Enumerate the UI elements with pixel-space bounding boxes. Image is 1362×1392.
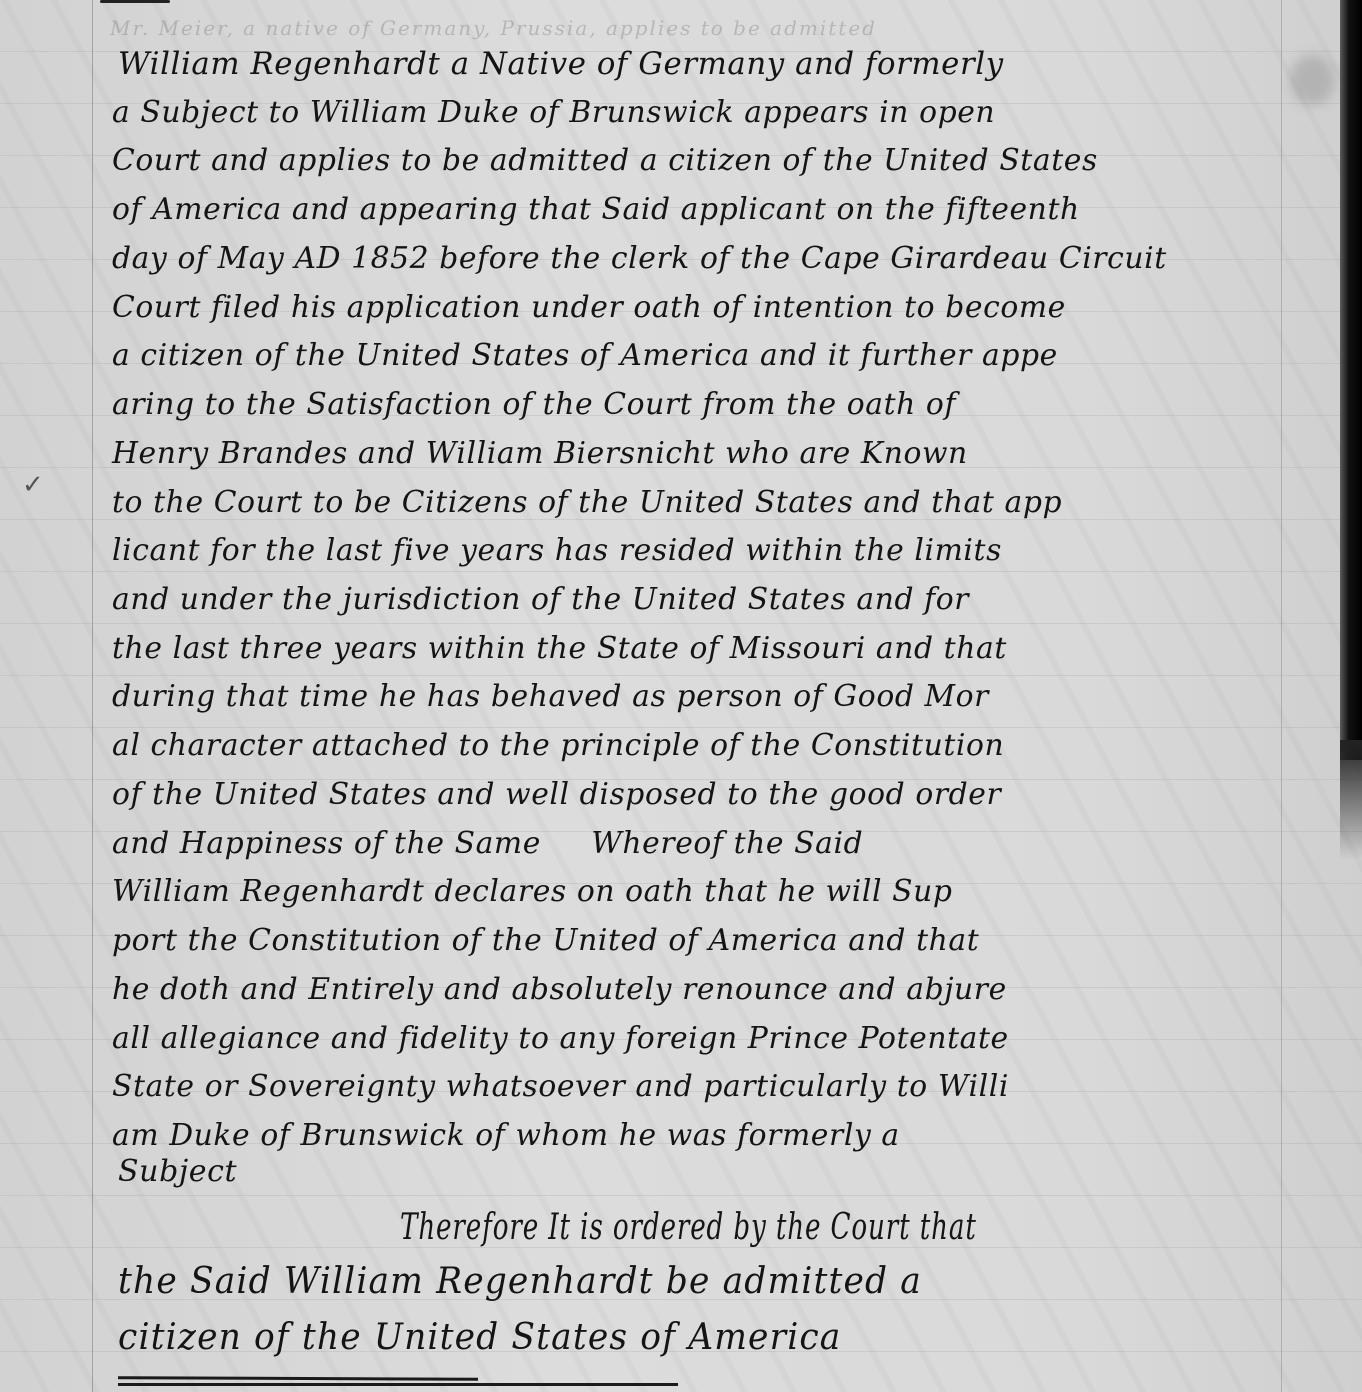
entry-end-underline bbox=[118, 1383, 678, 1386]
order-line: the Said William Regenhardt be admitted … bbox=[118, 1262, 1290, 1302]
page-edge-fade bbox=[1340, 740, 1362, 860]
record-line: the last three years within the State of… bbox=[112, 629, 1327, 669]
record-line: Court and applies to be admitted a citiz… bbox=[112, 141, 1327, 181]
record-line: William Regenhardt a Native of Germany a… bbox=[118, 44, 1333, 84]
record-line: he doth and Entirely and absolutely reno… bbox=[112, 970, 1327, 1010]
order-line: Therefore It is ordered by the Court tha… bbox=[400, 1208, 1291, 1248]
ledger-page: Mr. Meier, a native of Germany, Prussia,… bbox=[0, 0, 1362, 1392]
entry-end-underline bbox=[118, 1376, 478, 1381]
left-margin-rule bbox=[92, 0, 93, 1392]
record-line: all allegiance and fidelity to any forei… bbox=[112, 1019, 1327, 1059]
record-line: aring to the Satisfaction of the Court f… bbox=[112, 385, 1327, 425]
record-line-subject: Subject bbox=[118, 1152, 1343, 1192]
record-line: State or Sovereignty whatsoever and part… bbox=[112, 1067, 1327, 1107]
record-line: Court filed his application under oath o… bbox=[112, 288, 1327, 328]
record-line: and under the jurisdiction of the United… bbox=[112, 580, 1327, 620]
record-line: of America and appearing that Said appli… bbox=[112, 190, 1327, 230]
record-line: during that time he has behaved as perso… bbox=[112, 677, 1327, 717]
record-line: am Duke of Brunswick of whom he was form… bbox=[112, 1116, 1327, 1156]
record-line: a Subject to William Duke of Brunswick a… bbox=[112, 93, 1327, 133]
bleed-through-text: Mr. Meier, a native of Germany, Prussia,… bbox=[110, 16, 1260, 44]
page-edge-shadow bbox=[1340, 0, 1362, 760]
previous-entry-underline bbox=[100, 0, 170, 3]
record-line: licant for the last five years has resid… bbox=[112, 531, 1327, 571]
record-line: and Happiness of the Same Whereof the Sa… bbox=[112, 824, 1327, 864]
record-line: al character attached to the principle o… bbox=[112, 726, 1327, 766]
record-line: to the Court to be Citizens of the Unite… bbox=[112, 483, 1327, 523]
record-line: of the United States and well disposed t… bbox=[112, 775, 1327, 815]
checkmark-icon: ✓ bbox=[22, 470, 44, 500]
record-line: William Regenhardt declares on oath that… bbox=[112, 872, 1327, 912]
record-line: Henry Brandes and William Biersnicht who… bbox=[112, 434, 1327, 474]
record-line: port the Constitution of the United of A… bbox=[112, 921, 1327, 961]
record-line: day of May AD 1852 before the clerk of t… bbox=[112, 239, 1327, 279]
record-line: a citizen of the United States of Americ… bbox=[112, 336, 1327, 376]
order-line: citizen of the United States of America bbox=[118, 1318, 1290, 1358]
